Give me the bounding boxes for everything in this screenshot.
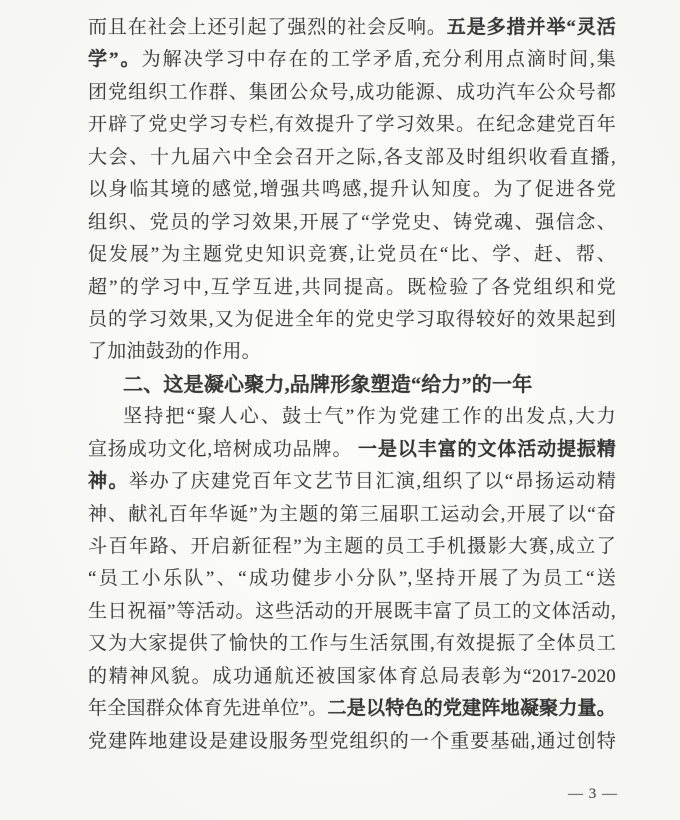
- body-text: 神、献礼百年华诞”为主题的第三届职工运动会,开展了以“奋: [88, 504, 616, 525]
- text-line: 党建阵地建设是建设服务型党组织的一个重要基础,通过创特: [88, 726, 616, 758]
- emphasis-text: 五是多措并举“灵活: [447, 17, 616, 38]
- body-text: “员工小乐队”、“成功健步小分队”,坚持开展了为员工“送: [88, 568, 616, 589]
- body-text: 了加油鼓劲的作用。: [88, 341, 261, 362]
- section-heading: 二、这是凝心聚力,品牌形象塑造“给力”的一年: [88, 369, 616, 401]
- body-text: 以身临其境的感觉,增强共鸣感,提升认知度。为了促进各党: [88, 179, 616, 200]
- text-line: 学”。为解决学习中存在的工学矛盾,充分利用点滴时间,集: [88, 44, 616, 76]
- scanned-document-page: 而且在社会上还引起了强烈的社会反响。五是多措并举“灵活学”。为解决学习中存在的工…: [0, 0, 680, 820]
- body-text: 生日祝福”等活动。这些活动的开展既丰富了员工的文体活动,: [88, 601, 616, 622]
- text-line: 开辟了党史学习专栏,有效提升了学习效果。在纪念建党百年: [88, 109, 616, 141]
- text-line: 超”的学习中,互学互进,共同提高。既检验了各党组织和党: [88, 272, 616, 304]
- body-text: 组织、党员的学习效果,开展了“学党史、铸党魂、强信念、: [88, 212, 616, 233]
- emphasis-text: 二是以特色的党建阵地凝聚力量。: [328, 698, 617, 719]
- document-text: 而且在社会上还引起了强烈的社会反响。五是多措并举“灵活学”。为解决学习中存在的工…: [88, 12, 616, 758]
- text-line: 组织、党员的学习效果,开展了“学党史、铸党魂、强信念、: [88, 207, 616, 239]
- body-text: 的精神风貌。成功通航还被国家体育总局表彰为“2017-2020: [88, 666, 616, 687]
- text-line: 坚持把“聚人心、鼓士气”作为党建工作的出发点,大力: [88, 401, 616, 433]
- text-line: 的精神风貌。成功通航还被国家体育总局表彰为“2017-2020: [88, 661, 616, 693]
- body-text: 坚持把“聚人心、鼓士气”作为党建工作的出发点,大力: [123, 406, 616, 427]
- body-text: 促发展”为主题党史知识竞赛,让党员在“比、学、赶、帮、: [88, 244, 616, 265]
- emphasis-text: 一是以丰富的文体活动提振精: [358, 439, 616, 460]
- text-line: 了加油鼓劲的作用。: [88, 336, 616, 368]
- body-text: 党建阵地建设是建设服务型党组织的一个重要基础,通过创特: [88, 731, 616, 752]
- text-line: 神、献礼百年华诞”为主题的第三届职工运动会,开展了以“奋: [88, 499, 616, 531]
- body-text: 举办了庆建党百年文艺节目汇演,组织了以“昂扬运动精: [129, 471, 616, 492]
- text-line: 神。举办了庆建党百年文艺节目汇演,组织了以“昂扬运动精: [88, 466, 616, 498]
- text-line: 员的学习效果,又为促进全年的党史学习取得较好的效果起到: [88, 304, 616, 336]
- page-number: — 3 —: [568, 786, 618, 803]
- text-line: 年全国群众体育先进单位”。二是以特色的党建阵地凝聚力量。: [88, 693, 616, 725]
- emphasis-text: 神。: [88, 471, 129, 492]
- body-text: 超”的学习中,互学互进,共同提高。既检验了各党组织和党: [88, 277, 616, 298]
- text-line: 促发展”为主题党史知识竞赛,让党员在“比、学、赶、帮、: [88, 239, 616, 271]
- body-text: 为解决学习中存在的工学矛盾,充分利用点滴时间,集: [142, 49, 616, 70]
- body-text: 而且在社会上还引起了强烈的社会反响。: [88, 17, 447, 38]
- body-text: 宣扬成功文化,培树成功品牌。: [88, 439, 358, 460]
- text-line: 而且在社会上还引起了强烈的社会反响。五是多措并举“灵活: [88, 12, 616, 44]
- text-line: 生日祝福”等活动。这些活动的开展既丰富了员工的文体活动,: [88, 596, 616, 628]
- text-line: 又为大家提供了愉快的工作与生活氛围,有效提振了全体员工: [88, 628, 616, 660]
- emphasis-text: 二、这是凝心聚力,品牌形象塑造“给力”的一年: [123, 374, 532, 396]
- body-text: 年全国群众体育先进单位”。: [88, 698, 328, 719]
- body-text: 斗百年路、开启新征程”为主题的员工手机摄影大赛,成立了: [88, 536, 616, 557]
- text-line: 大会、十九届六中全会召开之际,各支部及时组织收看直播,: [88, 142, 616, 174]
- body-text: 员的学习效果,又为促进全年的党史学习取得较好的效果起到: [88, 309, 616, 330]
- text-line: “员工小乐队”、“成功健步小分队”,坚持开展了为员工“送: [88, 563, 616, 595]
- body-text: 开辟了党史学习专栏,有效提升了学习效果。在纪念建党百年: [88, 114, 616, 135]
- text-line: 以身临其境的感觉,增强共鸣感,提升认知度。为了促进各党: [88, 174, 616, 206]
- body-text: 团党组织工作群、集团公众号,成功能源、成功汽车公众号都: [88, 82, 616, 103]
- text-line: 宣扬成功文化,培树成功品牌。 一是以丰富的文体活动提振精: [88, 434, 616, 466]
- body-text: 大会、十九届六中全会召开之际,各支部及时组织收看直播,: [88, 147, 616, 168]
- text-line: 团党组织工作群、集团公众号,成功能源、成功汽车公众号都: [88, 77, 616, 109]
- emphasis-text: 学”。: [88, 49, 142, 70]
- text-line: 斗百年路、开启新征程”为主题的员工手机摄影大赛,成立了: [88, 531, 616, 563]
- body-text: 又为大家提供了愉快的工作与生活氛围,有效提振了全体员工: [88, 633, 616, 654]
